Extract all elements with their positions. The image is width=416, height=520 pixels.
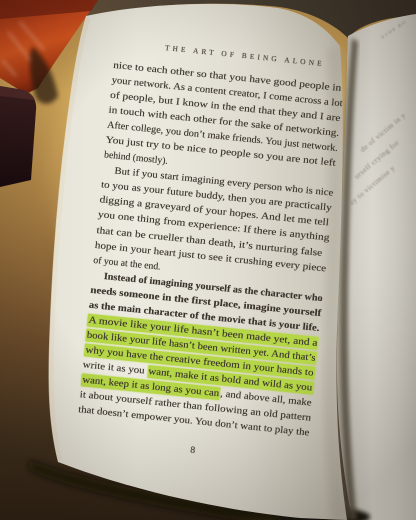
photo-scene: THE ART OF BEING ALONE nice to each othe… [0, 0, 416, 520]
book-page: THE ART OF BEING ALONE nice to each othe… [75, 38, 351, 468]
dark-book [0, 86, 36, 187]
page-body: nice to each other so that you have good… [77, 58, 348, 441]
